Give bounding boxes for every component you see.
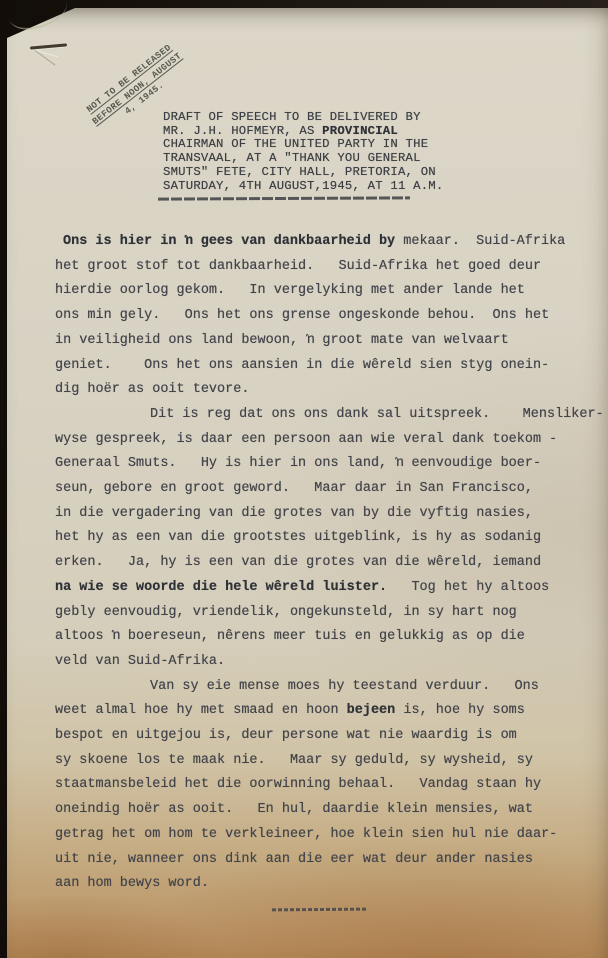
text-segment: oneindig hoër as ooit. En hul, daardie k… — [55, 802, 533, 817]
text-segment: DRAFT OF SPEECH TO BE DELIVERED BY — [163, 110, 421, 124]
text-segment: weet almal hoe hy met smaad en hoon — [55, 703, 347, 718]
text-segment: PROVINCIAL — [322, 124, 398, 138]
text-segment: bejeen — [347, 703, 396, 718]
text-segment: aan hom bewys word. — [55, 876, 209, 891]
body-line: hierdie oorlog gekom. In vergelyking met… — [55, 279, 604, 304]
text-segment: Generaal Smuts. Hy is hier in ons land, … — [55, 456, 541, 471]
text-segment: seun, gebore en groot geword. Maar daar … — [55, 481, 533, 496]
text-segment: veld van Suid-Afrika. — [55, 654, 225, 669]
heading-line: DRAFT OF SPEECH TO BE DELIVERED BY — [163, 111, 443, 125]
body-line: bespot en uitgejou is, deur persone wat … — [55, 724, 604, 749]
body-line: na wie se woorde die hele wêreld luister… — [55, 576, 604, 601]
body-line: in die vergadering van die grotes van by… — [55, 502, 604, 527]
body-line: weet almal hoe hy met smaad en hoon beje… — [55, 699, 604, 724]
body-line: getrag het om hom te verkleineer, hoe kl… — [55, 823, 604, 848]
heading-line: CHAIRMAN OF THE UNITED PARTY IN THE — [163, 138, 443, 152]
body-line: het hy as een van die grootstes uitgebli… — [55, 526, 604, 551]
body-line: aan hom bewys word. — [55, 872, 604, 897]
text-segment: TRANSVAAL, AT A "THANK YOU GENERAL — [163, 151, 421, 165]
text-segment: Ons is hier in ŉ gees van dankbaarheid b… — [63, 234, 395, 249]
text-segment: in veiligheid ons land bewoon, ŉ groot m… — [55, 333, 509, 348]
body-line: ons min gely. Ons het ons grense ongesko… — [55, 304, 604, 329]
text-segment: MR. J.H. HOFMEYR, AS — [163, 124, 322, 138]
body-line: oneindig hoër as ooit. En hul, daardie k… — [55, 798, 604, 823]
heading-line: SATURDAY, 4TH AUGUST,1945, AT 11 A.M. — [163, 180, 443, 194]
body-line: het groot stof tot dankbaarheid. Suid-Af… — [55, 255, 604, 280]
body-line: seun, gebore en groot geword. Maar daar … — [55, 477, 604, 502]
body-line: staatmansbeleid het die oorwinning behaa… — [55, 773, 604, 798]
text-segment: altoos ŉ boereseun, nêrens meer tuis en … — [55, 629, 525, 644]
body-line: Van sy eie mense moes hy teestand verduu… — [55, 675, 604, 700]
text-segment: gebly eenvoudig, vriendelik, ongekunstel… — [55, 605, 517, 620]
text-segment: Tog het hy altoos — [387, 580, 549, 595]
text-segment: mekaar. Suid-Afrika — [395, 234, 565, 249]
text-segment: geniet. Ons het ons aansien in die wêrel… — [55, 358, 549, 373]
text-segment: SATURDAY, 4TH AUGUST,1945, AT 11 A.M. — [163, 179, 443, 193]
text-segment: hierdie oorlog gekom. In vergelyking met… — [55, 283, 525, 298]
body-line: wyse gespreek, is daar een persoon aan w… — [55, 428, 604, 453]
body-line: Dit is reg dat ons ons dank sal uitspree… — [55, 403, 604, 428]
text-segment: het hy as een van die grootstes uitgebli… — [55, 530, 541, 545]
text-segment: het groot stof tot dankbaarheid. Suid-Af… — [55, 259, 541, 274]
body-line: altoos ŉ boereseun, nêrens meer tuis en … — [55, 625, 604, 650]
text-segment: in die vergadering van die grotes van by… — [55, 506, 533, 521]
body-line: veld van Suid-Afrika. — [55, 650, 604, 675]
body-line: Ons is hier in ŉ gees van dankbaarheid b… — [55, 230, 604, 255]
body-line: uit nie, wanneer ons dink aan die eer wa… — [55, 848, 604, 873]
text-segment: is, hoe hy soms — [395, 703, 525, 718]
text-segment: CHAIRMAN OF THE UNITED PARTY IN THE — [163, 137, 428, 151]
text-segment: erken. Ja, hy is een van die grotes van … — [55, 555, 541, 570]
text-segment: staatmansbeleid het die oorwinning behaa… — [55, 777, 541, 792]
speech-body: Ons is hier in ŉ gees van dankbaarheid b… — [55, 230, 604, 897]
body-line: dig hoër as ooit tevore. — [55, 378, 604, 403]
text-segment: SMUTS" FETE, CITY HALL, PRETORIA, ON — [163, 165, 436, 179]
heading-line: SMUTS" FETE, CITY HALL, PRETORIA, ON — [163, 166, 443, 180]
text-segment: dig hoër as ooit tevore. — [55, 382, 249, 397]
body-line: erken. Ja, hy is een van die grotes van … — [55, 551, 604, 576]
text-segment: Dit is reg dat ons ons dank sal uitspree… — [150, 407, 604, 422]
text-segment: ons min gely. Ons het ons grense ongesko… — [55, 308, 549, 323]
text-segment: bespot en uitgejou is, deur persone wat … — [55, 728, 517, 743]
heading-line: MR. J.H. HOFMEYR, AS PROVINCIAL — [163, 125, 443, 139]
text-segment: wyse gespreek, is daar een persoon aan w… — [55, 432, 557, 447]
heading-line: TRANSVAAL, AT A "THANK YOU GENERAL — [163, 152, 443, 166]
text-segment: na wie se woorde die hele wêreld luister… — [55, 580, 387, 595]
speech-heading: DRAFT OF SPEECH TO BE DELIVERED BYMR. J.… — [163, 111, 443, 193]
body-line: gebly eenvoudig, vriendelik, ongekunstel… — [55, 601, 604, 626]
text-segment: Van sy eie mense moes hy teestand verduu… — [150, 679, 539, 694]
photo-background: NOT TO BE RELEASEDBEFORE NOON, AUGUST4, … — [0, 0, 608, 958]
text-segment: getrag het om hom te verkleineer, hoe kl… — [55, 827, 557, 842]
body-line: geniet. Ons het ons aansien in die wêrel… — [55, 354, 604, 379]
body-line: Generaal Smuts. Hy is hier in ons land, … — [55, 452, 604, 477]
text-segment: uit nie, wanneer ons dink aan die eer wa… — [55, 852, 533, 867]
text-segment: sy skoene los te maak nie. Maar sy gedul… — [55, 753, 533, 768]
body-line: in veiligheid ons land bewoon, ŉ groot m… — [55, 329, 604, 354]
body-line: sy skoene los te maak nie. Maar sy gedul… — [55, 749, 604, 774]
